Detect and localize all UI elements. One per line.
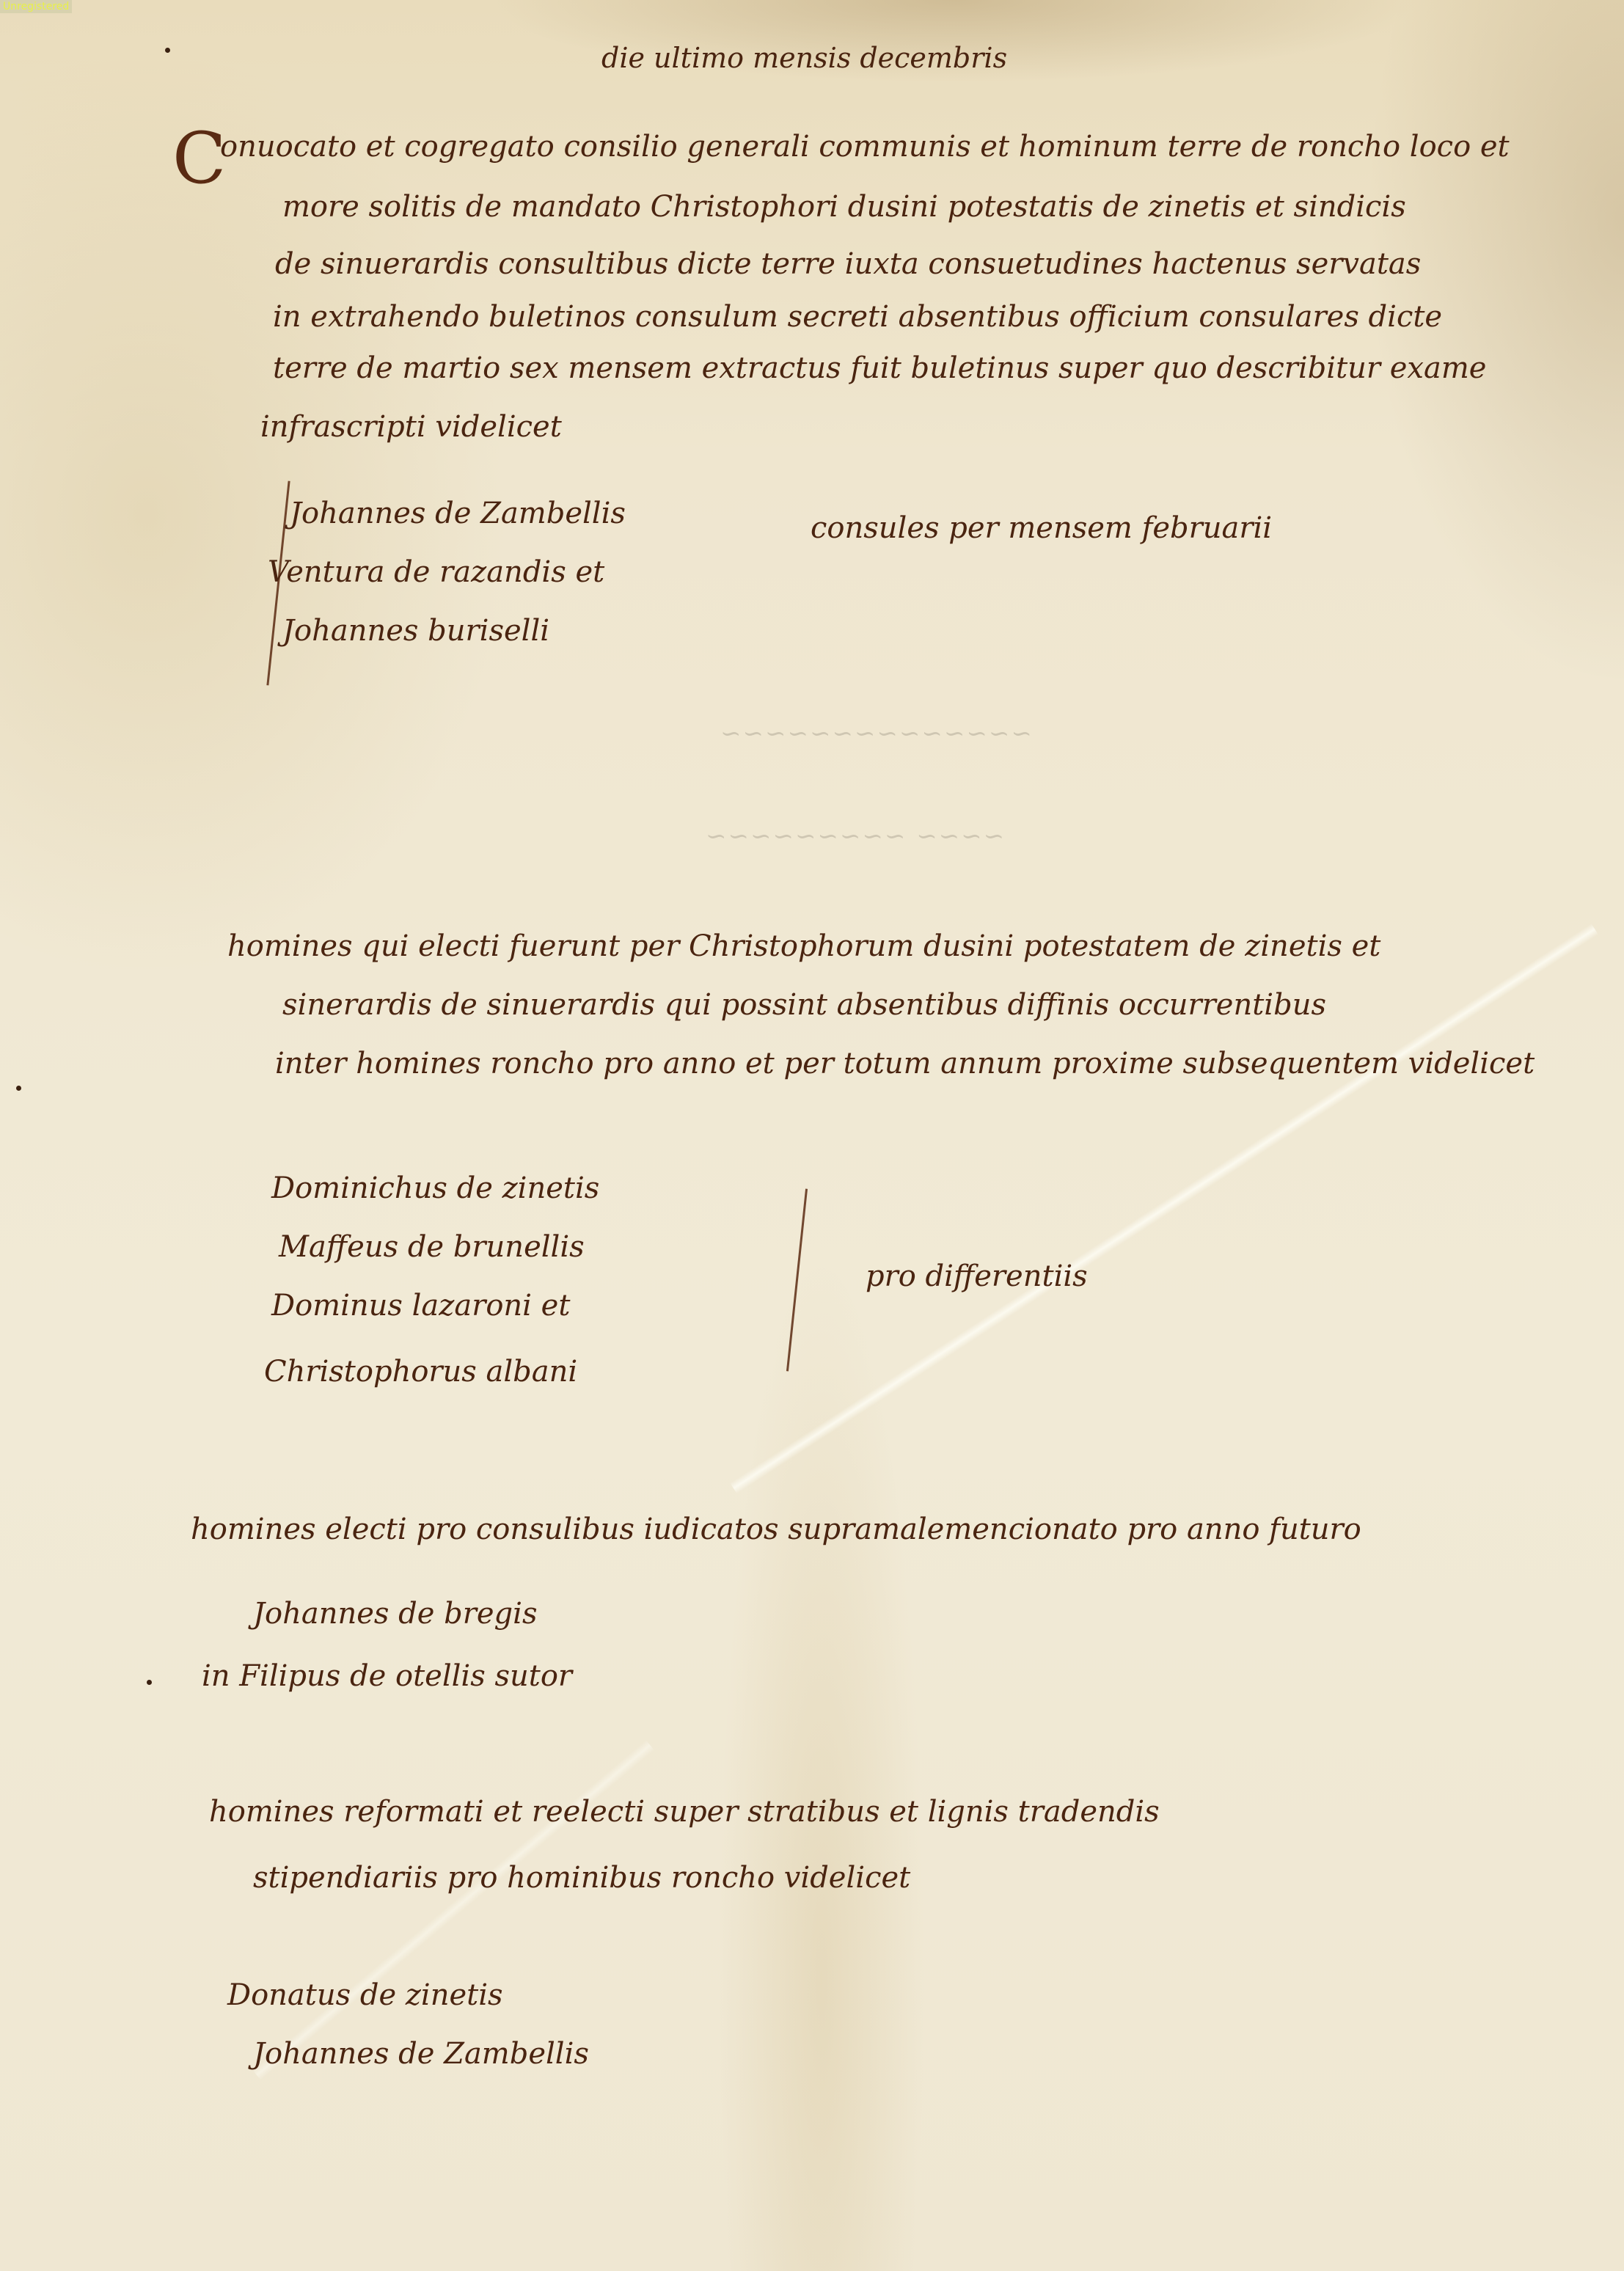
paragraph4-line-2: stipendiariis pro hominibus roncho videl… (253, 1863, 910, 1892)
list1-name: Ventura de razandis et (268, 557, 604, 587)
list4-name: Donatus de zinetis (227, 1981, 503, 2010)
paragraph1-line-4: in extrahendo buletinos consulum secreti… (273, 302, 1442, 332)
list2-name: Dominichus de zinetis (271, 1174, 599, 1203)
list3-name: in Filipus de otellis sutor (202, 1661, 572, 1691)
paragraph2-line-2: sinerardis de sinuerardis qui possint ab… (282, 990, 1326, 1020)
list4-name: Johannes de Zambellis (253, 2039, 589, 2069)
manuscript-page (0, 0, 1624, 2271)
paragraph1-line-1: onuocato et cogregato consilio generali … (220, 132, 1510, 161)
paragraph1-line-5: terre de martio sex mensem extractus fui… (273, 354, 1486, 383)
list2-note: pro differentiis (866, 1262, 1088, 1291)
list2-name: Christophorus albani (264, 1357, 577, 1386)
list2-name: Maffeus de brunellis (279, 1232, 585, 1262)
decorated-initial: C (172, 117, 226, 200)
page-heading: die ultimo mensis decembris (601, 44, 1007, 72)
list3-name: Johannes de bregis (253, 1599, 537, 1628)
ink-speck (165, 48, 170, 53)
paragraph3-line-1: homines electi pro consulibus iudicatos … (191, 1515, 1361, 1544)
ink-speck (147, 1680, 152, 1685)
show-through-text: ~~~~ ~~~~~~~~~ (704, 822, 1004, 851)
list1-name: Johannes de Zambellis (290, 499, 626, 528)
paragraph1-line-3: de sinuerardis consultibus dicte terre i… (275, 249, 1421, 279)
paragraph2-line-3: inter homines roncho pro anno et per tot… (275, 1049, 1535, 1078)
list1-name: Johannes buriselli (282, 616, 549, 646)
unregistered-watermark: Unregistered (0, 0, 72, 13)
show-through-text: ~~~~~~~~~~~~~~ (719, 719, 1032, 748)
list2-name: Dominus lazaroni et (271, 1291, 570, 1320)
paragraph1-line-6: infrascripti videlicet (260, 412, 562, 442)
list1-note: consules per mensem februarii (811, 513, 1272, 543)
ink-speck (16, 1086, 21, 1091)
paragraph4-line-1: homines reformati et reelecti super stra… (209, 1797, 1160, 1826)
paragraph1-line-2: more solitis de mandato Christophori dus… (282, 192, 1406, 222)
paragraph2-line-1: homines qui electi fuerunt per Christoph… (227, 932, 1380, 961)
